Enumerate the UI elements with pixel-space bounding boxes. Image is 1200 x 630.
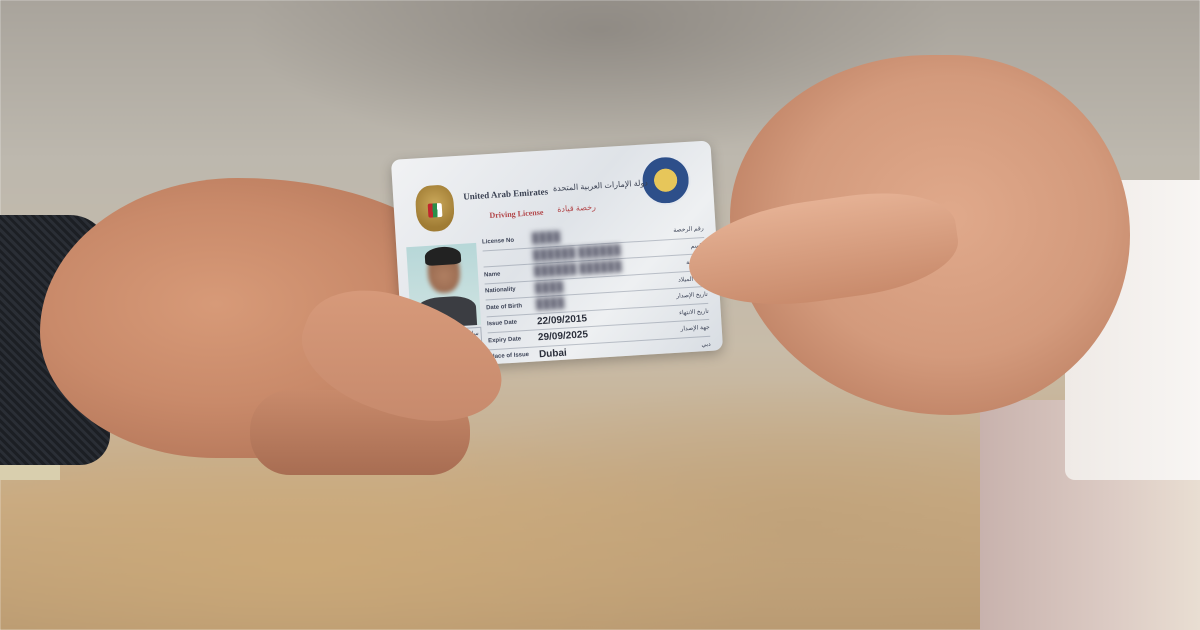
field-label: Name: [484, 269, 534, 278]
card-country-ar: دولة الإمارات العربية المتحدة: [553, 178, 648, 193]
field-label: [483, 256, 533, 259]
field-label: Expiry Date: [488, 335, 538, 344]
field-label-ar: تاريخ الإصدار: [676, 291, 708, 300]
field-label-ar: جهة الإصدار: [680, 324, 710, 333]
field-label-ar: دبي: [701, 341, 711, 349]
field-label: Issue Date: [487, 319, 537, 328]
field-label: License No: [482, 236, 532, 245]
uae-emblem-icon: [415, 184, 456, 232]
field-label: Nationality: [485, 286, 535, 295]
card-country-en: United Arab Emirates: [463, 186, 548, 201]
card-doc-ar: رخصة قيادة: [557, 203, 596, 214]
field-label-ar: تاريخ الانتهاء: [679, 308, 709, 317]
card-fields: License No████رقم الرخصة██████ ██████الا…: [482, 221, 712, 366]
card-doc-en: Driving License: [489, 208, 543, 220]
field-label: Date of Birth: [486, 302, 536, 311]
field-label-ar: رقم الرخصة: [673, 225, 704, 234]
field-label: Place of Issue: [489, 352, 539, 361]
